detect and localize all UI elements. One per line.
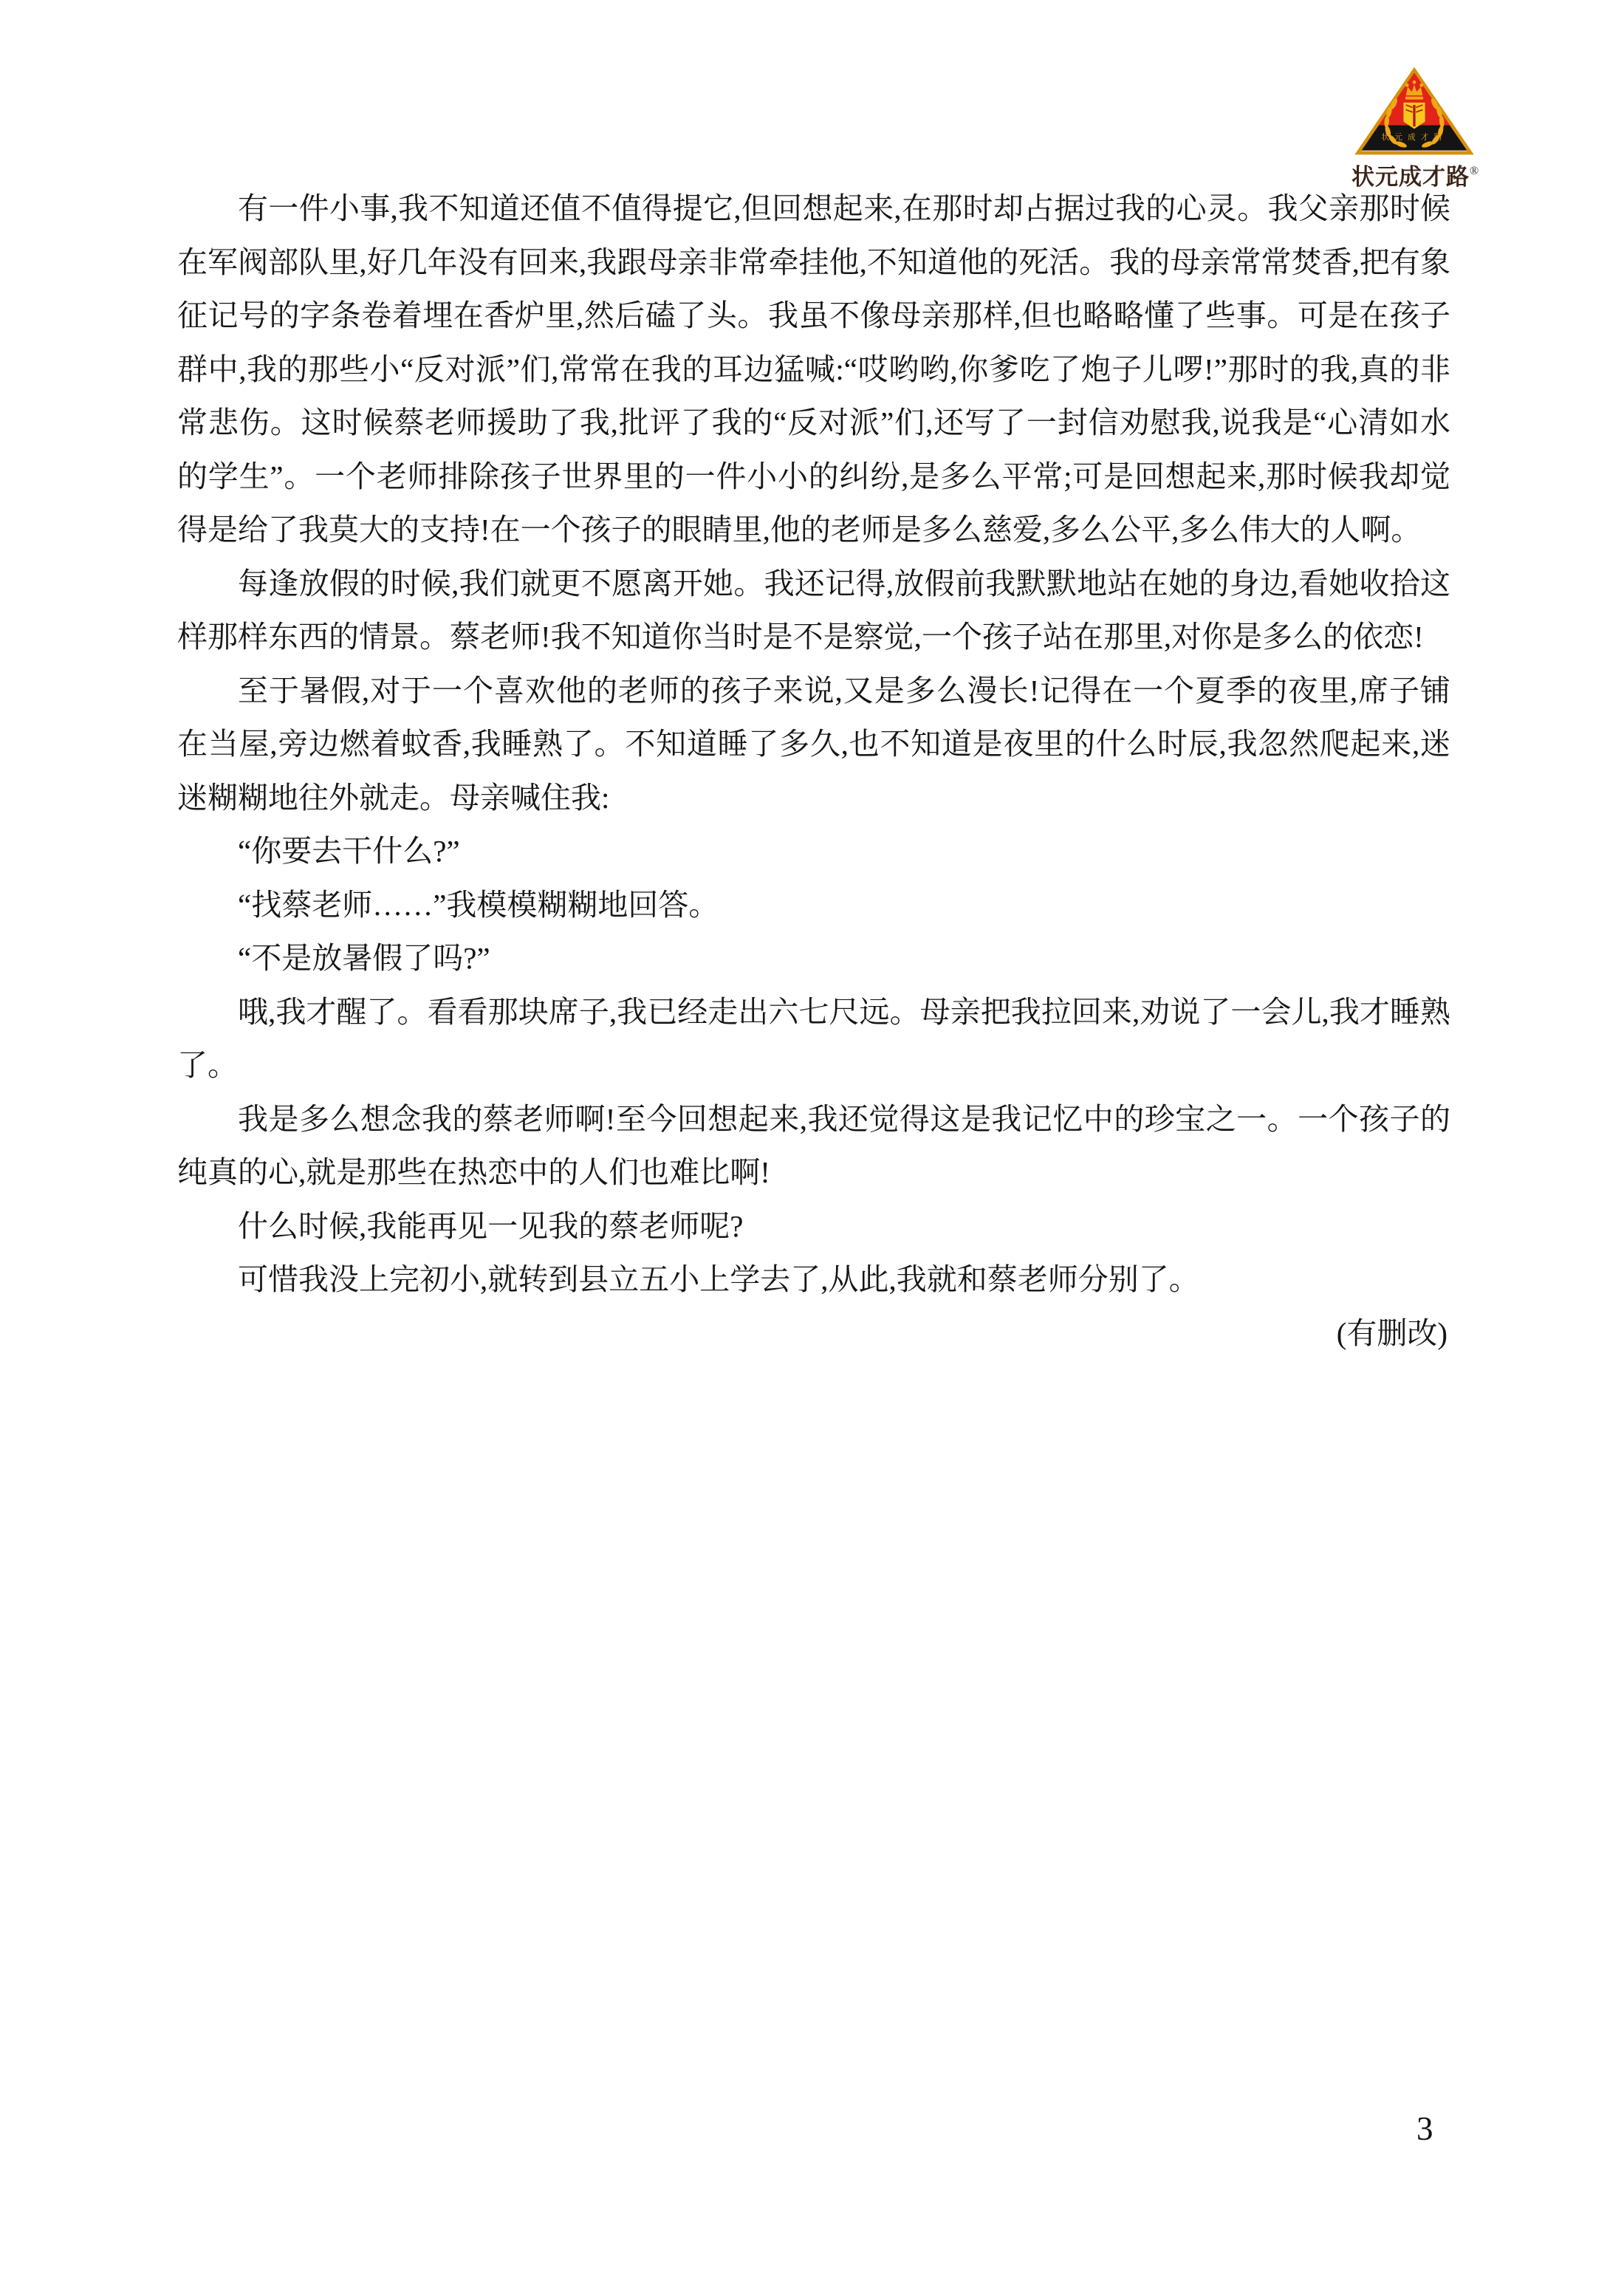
textbook-page: 状元成才路 — [0, 0, 1624, 2269]
paragraph: 什么时候,我能再见一见我的蔡老师呢? — [177, 1199, 1450, 1253]
brand-triangle-icon: 状元成才路 — [1354, 66, 1474, 157]
paragraph: 至于暑假,对于一个喜欢他的老师的孩子来说,又是多么漫长!记得在一个夏季的夜里,席… — [177, 664, 1450, 825]
paragraph: 每逢放假的时候,我们就更不愿离开她。我还记得,放假前我默默地站在她的身边,看她收… — [177, 557, 1450, 664]
paragraph: 可惜我没上完初小,就转到县立五小上学去了,从此,我就和蔡老师分别了。 — [177, 1253, 1450, 1307]
dialogue-line: “你要去干什么?” — [177, 824, 1450, 878]
reading-passage: 有一件小事,我不知道还值不值得提它,但回想起来,在那时却占据过我的心灵。我父亲那… — [177, 182, 1450, 1360]
registered-mark: ® — [1470, 165, 1479, 177]
paragraph: 哦,我才醒了。看看那块席子,我已经走出六七尺远。母亲把我拉回来,劝说了一会儿,我… — [177, 985, 1450, 1092]
attribution-note: (有删改) — [177, 1307, 1450, 1361]
brand-logo: 状元成才路 — [1351, 66, 1477, 191]
paragraph: 有一件小事,我不知道还值不值得提它,但回想起来,在那时却占据过我的心灵。我父亲那… — [177, 182, 1450, 557]
dialogue-line: “不是放暑假了吗?” — [177, 931, 1450, 985]
paragraph: 我是多么想念我的蔡老师啊!至今回想起来,我还觉得这是我记忆中的珍宝之一。一个孩子… — [177, 1092, 1450, 1199]
page-number: 3 — [1416, 2109, 1433, 2148]
dialogue-line: “找蔡老师……”我模模糊糊地回答。 — [177, 878, 1450, 932]
